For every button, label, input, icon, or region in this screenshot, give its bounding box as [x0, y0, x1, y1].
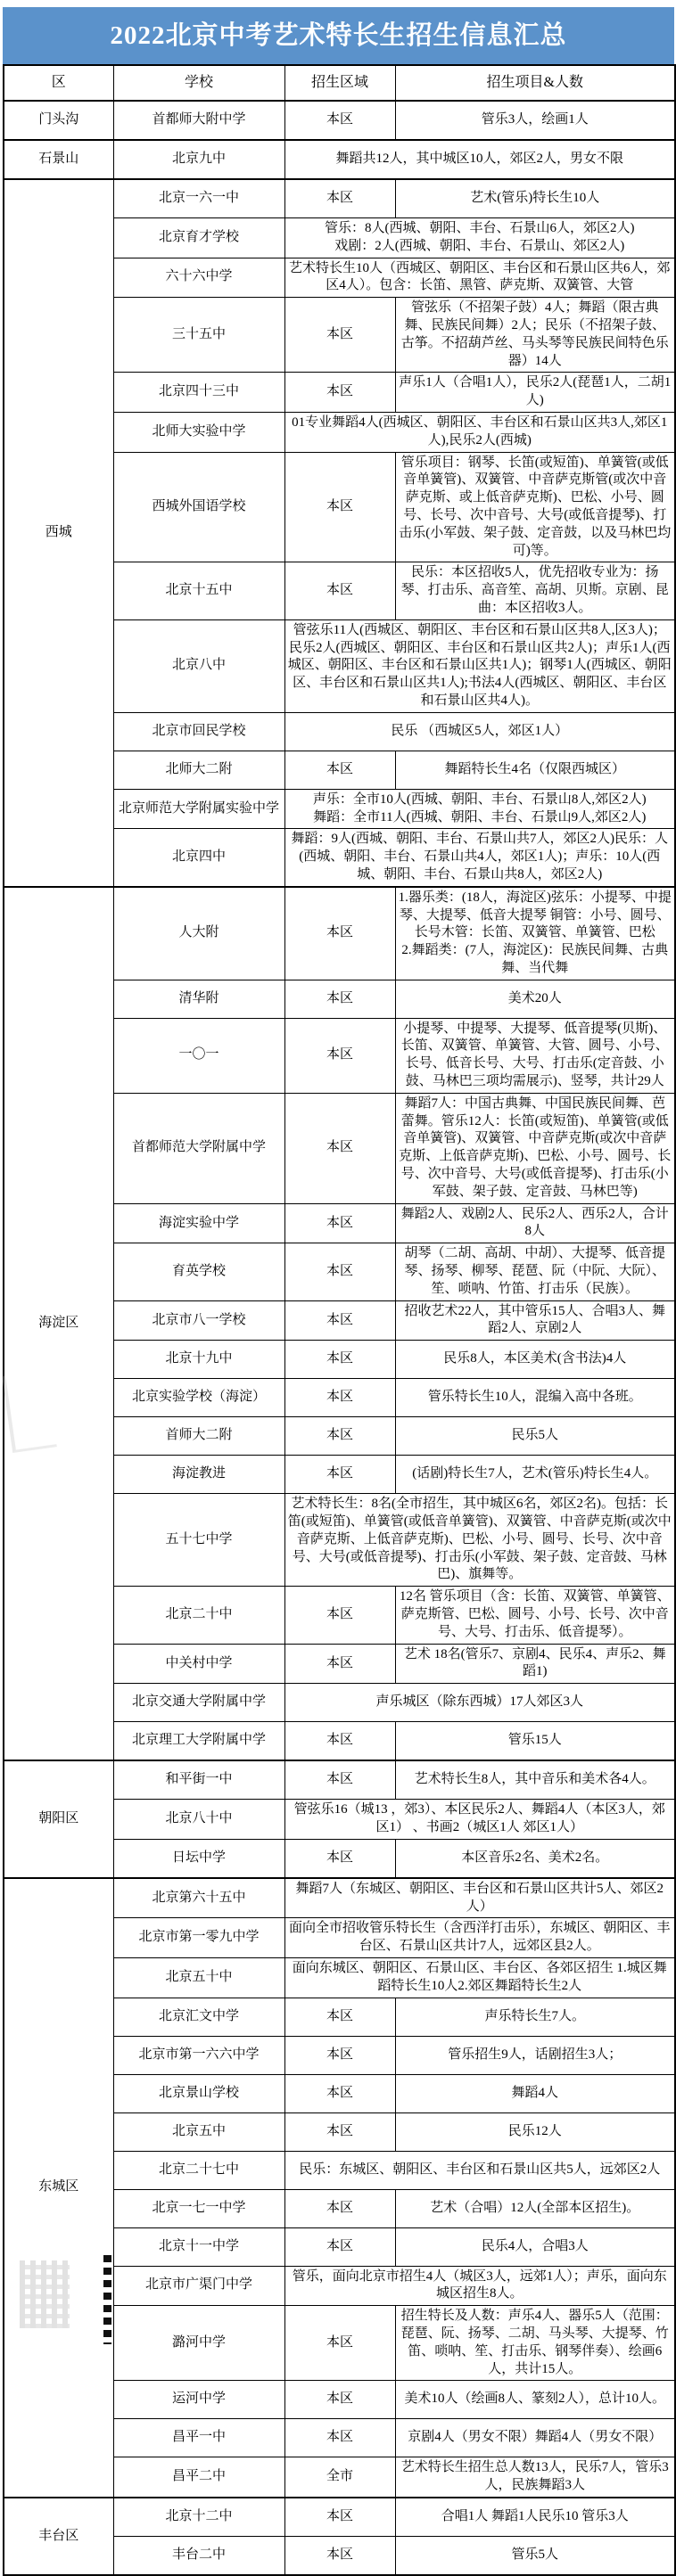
- school-cell: 北京第六十五中: [113, 1878, 284, 1918]
- school-cell: 北京理工大学附属中学: [113, 1722, 284, 1761]
- column-header: 招生区域: [284, 65, 395, 101]
- info-cell: 招生特长及人数：声乐4人、器乐5人（范围：琵琶、阮、扬琴、二胡、马头琴、大提琴、…: [395, 2306, 675, 2381]
- school-cell: 首都师范大学附属中学: [113, 1093, 284, 1203]
- school-cell: 昌平二中: [113, 2457, 284, 2498]
- school-cell: 北京八中: [113, 619, 284, 712]
- region-cell: 本区: [284, 751, 395, 789]
- school-cell: 育英学校: [113, 1243, 284, 1300]
- region-cell: 本区: [284, 1722, 395, 1761]
- school-cell: 北京十九中: [113, 1341, 284, 1379]
- school-cell: 西城外国语学校: [113, 452, 284, 562]
- region-cell: 本区: [284, 1243, 395, 1300]
- admissions-table: 区学校招生区域招生项目&人数门头沟首都师大附中学本区管乐3人，绘画1人石景山北京…: [3, 64, 676, 2576]
- region-cell: 本区: [284, 887, 395, 980]
- info-cell: 舞蹈2人、戏剧2人、民乐2人、西乐2人，合计8人: [395, 1203, 675, 1243]
- region-cell: 本区: [284, 2036, 395, 2074]
- table-row: 西城北京一六一中本区艺术(管乐)特长生10人: [4, 179, 675, 218]
- region-cell: 本区: [284, 1644, 395, 1684]
- column-header: 招生项目&人数: [395, 65, 675, 101]
- info-cell: 管乐15人: [395, 1722, 675, 1761]
- info-cell: 艺术特长生8人，其中音乐和美术各4人。: [395, 1760, 675, 1800]
- region-cell: 本区: [284, 562, 395, 619]
- info-cell: 艺术 18名(管乐7、京剧4、民乐4、声乐2、舞蹈1): [395, 1644, 675, 1684]
- school-cell: 潞河中学: [113, 2306, 284, 2381]
- region-cell: 本区: [284, 2536, 395, 2575]
- info-cell: 管乐特长生10人，混编入高中各班。: [395, 1379, 675, 1417]
- region-cell: 本区: [284, 2381, 395, 2419]
- info-cell: 招收艺术22人，其中管乐15人、合唱3人、舞蹈2人、京剧2人: [395, 1300, 675, 1341]
- info-cell: 民乐5人: [395, 1417, 675, 1456]
- table-row: 石景山北京九中舞蹈共12人，其中城区10人，郊区2人，男女不限: [4, 140, 675, 179]
- district-cell: 朝阳区: [4, 1760, 113, 1878]
- table-row: 门头沟首都师大附中学本区管乐3人，绘画1人: [4, 101, 675, 140]
- region-cell: 本区: [284, 2189, 395, 2227]
- region-cell: 本区: [284, 1379, 395, 1417]
- watermark-dash-bar: [103, 2255, 111, 2344]
- region-cell: 本区: [284, 1839, 395, 1878]
- admissions-table-body: 区学校招生区域招生项目&人数门头沟首都师大附中学本区管乐3人，绘画1人石景山北京…: [4, 65, 675, 2575]
- table-header-row: 区学校招生区域招生项目&人数: [4, 65, 675, 101]
- school-cell: 北京二十中: [113, 1587, 284, 1644]
- region-cell: 本区: [284, 452, 395, 562]
- school-cell: 北京五十中: [113, 1957, 284, 1998]
- region-cell: 本区: [284, 1587, 395, 1644]
- region-cell: 本区: [284, 1018, 395, 1093]
- school-cell: 北京交通大学附属中学: [113, 1684, 284, 1722]
- school-cell: 一〇一: [113, 1018, 284, 1093]
- info-cell: 声乐特长生7人。: [395, 1998, 675, 2036]
- school-cell: 五十七中学: [113, 1494, 284, 1587]
- region-cell: 本区: [284, 1203, 395, 1243]
- region-cell: 本区: [284, 2419, 395, 2457]
- table-row: 朝阳区和平街一中本区艺术特长生8人，其中音乐和美术各4人。: [4, 1760, 675, 1800]
- info-cell: 美术20人: [395, 980, 675, 1018]
- region-cell: 本区: [284, 373, 395, 413]
- region-cell: 本区: [284, 1456, 395, 1494]
- school-cell: 清华附: [113, 980, 284, 1018]
- column-header: 区: [4, 65, 113, 101]
- region-cell: 本区: [284, 2112, 395, 2151]
- district-cell: 西城: [4, 179, 113, 887]
- info-cell: 艺术特长生招生总人数13人，民乐7人，管乐3人，民族舞蹈3人: [395, 2457, 675, 2498]
- region-cell: 全市: [284, 2457, 395, 2498]
- info-cell-merged: 管乐，面向北京市招生4人（城区3人，远郊1人）；声乐，面向东城区招生8人。: [284, 2266, 675, 2306]
- info-cell: 京剧4人（男女不限）舞蹈4人（男女不限）: [395, 2419, 675, 2457]
- info-cell: 管乐招生9人，话剧招生3人；: [395, 2036, 675, 2074]
- region-cell: 本区: [284, 2074, 395, 2112]
- info-cell-merged: 舞蹈7人（东城区、朝阳区、丰台区和石景山区共计5人、郊区2人）: [284, 1878, 675, 1918]
- page-title: 2022北京中考艺术特长生招生信息汇总: [3, 7, 674, 64]
- info-cell: 合唱1人 舞蹈1人民乐10 管乐3人: [395, 2498, 675, 2537]
- region-cell: 本区: [284, 1300, 395, 1341]
- school-cell: 北京市广渠门中学: [113, 2266, 284, 2306]
- info-cell-merged: 声乐城区（除东西城）17人郊区3人: [284, 1684, 675, 1722]
- table-row: 东城区北京第六十五中舞蹈7人（东城区、朝阳区、丰台区和石景山区共计5人、郊区2人…: [4, 1878, 675, 1918]
- info-cell-merged: 民乐：东城区、朝阳区、丰台区和石景山区共5人，远郊区2人: [284, 2151, 675, 2189]
- info-cell: 舞蹈4人: [395, 2074, 675, 2112]
- region-cell: 本区: [284, 101, 395, 140]
- school-cell: 首师大二附: [113, 1417, 284, 1456]
- info-cell-merged: 管弦乐11人(西城区、朝阳区、丰台区和石景山区共8人,区3人)； 民乐2人(西城…: [284, 619, 675, 712]
- info-cell-merged: 舞蹈共12人，其中城区10人，郊区2人，男女不限: [284, 140, 675, 179]
- school-cell: 海淀教进: [113, 1456, 284, 1494]
- table-row: 丰台区北京十二中本区合唱1人 舞蹈1人民乐10 管乐3人: [4, 2498, 675, 2537]
- table-row: 海淀区人大附本区1.器乐类：(18人，海淀区)弦乐：小提琴、中提琴、大提琴、低音…: [4, 887, 675, 980]
- info-cell: 声乐1人（合唱1人），民乐2人(琵琶1人，二胡1人): [395, 373, 675, 413]
- info-cell: 12名 管乐项目（含：长笛、双簧管、单簧管、萨克斯管、巴松、圆号、小号、长号、次…: [395, 1587, 675, 1644]
- info-cell: 舞蹈7人：中国古典舞、中国民族民间舞、芭蕾舞。管乐12人：长笛(或短笛)、单簧管…: [395, 1093, 675, 1203]
- school-cell: 海淀实验中学: [113, 1203, 284, 1243]
- district-cell: 石景山: [4, 140, 113, 179]
- info-cell: 小提琴、中提琴、大提琴、低音提琴(贝斯)、长笛、双簧管、单簧管、大管、圆号、小号…: [395, 1018, 675, 1093]
- info-cell: 胡琴（二胡、高胡、中胡）、大提琴、低音提琴、扬琴、柳琴、琵琶、阮（中阮、大阮）、…: [395, 1243, 675, 1300]
- region-cell: 本区: [284, 179, 395, 218]
- info-cell-merged: 民乐 （西城区5人，郊区1人）: [284, 712, 675, 751]
- info-cell-merged: 舞蹈：9人(西城、朝阳、丰台、石景山共7人，郊区2人)民乐：人(西城、朝阳、丰台…: [284, 829, 675, 887]
- info-cell: 艺术(管乐)特长生10人: [395, 179, 675, 218]
- info-cell: 民乐8人，本区美术(含书法)4人: [395, 1341, 675, 1379]
- region-cell: 本区: [284, 1093, 395, 1203]
- info-cell-merged: 艺术特长生：8名(全市招生，其中城区6名，郊区2名)。包括：长笛(或短笛)、单簧…: [284, 1494, 675, 1587]
- district-cell: 海淀区: [4, 887, 113, 1761]
- region-cell: 本区: [284, 1341, 395, 1379]
- school-cell: 北京市第一零九中学: [113, 1918, 284, 1958]
- info-cell: 管乐5人: [395, 2536, 675, 2575]
- info-cell: 艺术（合唱）12人(全部本区招生)。: [395, 2189, 675, 2227]
- info-cell: 管乐项目：钢琴、长笛(或短笛)、单簧管(或低音单簧管)、双簧管、中音萨克斯管(或…: [395, 452, 675, 562]
- region-cell: 本区: [284, 1998, 395, 2036]
- school-cell: 丰台二中: [113, 2536, 284, 2575]
- school-cell: 运河中学: [113, 2381, 284, 2419]
- region-cell: 本区: [284, 2227, 395, 2266]
- school-cell: 昌平一中: [113, 2419, 284, 2457]
- school-cell: 首都师大附中学: [113, 101, 284, 140]
- region-cell: 本区: [284, 1760, 395, 1800]
- district-cell: 东城区: [4, 1878, 113, 2498]
- school-cell: 和平街一中: [113, 1760, 284, 1800]
- school-cell: 北京汇文中学: [113, 1998, 284, 2036]
- info-cell: (话剧)特长生7人，艺术(管乐)特长生4人。: [395, 1456, 675, 1494]
- school-cell: 北京一七一中学: [113, 2189, 284, 2227]
- info-cell: 美术10人（绘画8人、篆刻2人），总计10人。: [395, 2381, 675, 2419]
- info-cell-merged: 01专业舞蹈4人(西城区、朝阳区、丰台区和石景山区共3人,郊区1人),民乐2人(…: [284, 412, 675, 452]
- page: 2022北京中考艺术特长生招生信息汇总 区学校招生区域招生项目&人数门头沟首都师…: [0, 7, 676, 2576]
- school-cell: 中关村中学: [113, 1644, 284, 1684]
- school-cell: 北京八十中: [113, 1800, 284, 1840]
- school-cell: 人大附: [113, 887, 284, 980]
- region-cell: 本区: [284, 2306, 395, 2381]
- info-cell-merged: 管弦乐16（城13 ，郊3）、本区民乐2人、舞蹈4人（本区3人，郊区1） 、书画…: [284, 1800, 675, 1840]
- school-cell: 北京市回民学校: [113, 712, 284, 751]
- info-cell-merged: 管乐：8人(西城、朝阳、丰台、石景山6人，郊区2人) 戏剧：2人(西城、朝阳、丰…: [284, 218, 675, 258]
- school-cell: 北京二十七中: [113, 2151, 284, 2189]
- school-cell: 北京师范大学附属实验中学: [113, 789, 284, 829]
- region-cell: 本区: [284, 980, 395, 1018]
- school-cell: 北京十一中学: [113, 2227, 284, 2266]
- school-cell: 北师大实验中学: [113, 412, 284, 452]
- school-cell: 北京五中: [113, 2112, 284, 2151]
- column-header: 学校: [113, 65, 284, 101]
- school-cell: 北京一六一中: [113, 179, 284, 218]
- info-cell: 1.器乐类：(18人，海淀区)弦乐：小提琴、中提琴、大提琴、低音大提琴 铜管：小…: [395, 887, 675, 980]
- school-cell: 北师大二附: [113, 751, 284, 789]
- school-cell: 北京实验学校（海淀）: [113, 1379, 284, 1417]
- info-cell: 管乐3人，绘画1人: [395, 101, 675, 140]
- school-cell: 北京四十三中: [113, 373, 284, 413]
- info-cell-merged: 艺术特长生10人（西城区、朝阳区、丰台区和石景山区共6人，郊区4人）。包含：长笛…: [284, 258, 675, 298]
- school-cell: 北京市八一学校: [113, 1300, 284, 1341]
- school-cell: 六十六中学: [113, 258, 284, 298]
- school-cell: 三十五中: [113, 298, 284, 373]
- school-cell: 日坛中学: [113, 1839, 284, 1878]
- info-cell-merged: 声乐：全市10人(西城、朝阳、丰台、石景山8人,郊区2人) 舞蹈：全市11人(西…: [284, 789, 675, 829]
- region-cell: 本区: [284, 2498, 395, 2537]
- info-cell: 管弦乐（不招架子鼓）4人；舞蹈（限古典舞、民族民间舞）2人；民乐（不招架子鼓、古…: [395, 298, 675, 373]
- info-cell: 本区音乐2名、美术2名。: [395, 1839, 675, 1878]
- watermark-qr-artifact: [20, 2260, 70, 2328]
- school-cell: 北京十五中: [113, 562, 284, 619]
- region-cell: 本区: [284, 298, 395, 373]
- school-cell: 北京育才学校: [113, 218, 284, 258]
- region-cell: 本区: [284, 1417, 395, 1456]
- district-cell: 丰台区: [4, 2498, 113, 2575]
- info-cell-merged: 面向东城区、朝阳区、石景山区、丰台区、各郊区招生 1.城区舞蹈特长生10人2.郊…: [284, 1957, 675, 1998]
- school-cell: 北京景山学校: [113, 2074, 284, 2112]
- school-cell: 北京市第一六六中学: [113, 2036, 284, 2074]
- info-cell: 民乐12人: [395, 2112, 675, 2151]
- school-cell: 北京九中: [113, 140, 284, 179]
- info-cell: 民乐：本区招收5人，优先招收专业为：扬琴、打击乐、高音笙、高胡、贝斯。京剧、昆曲…: [395, 562, 675, 619]
- info-cell: 舞蹈特长生4名（仅限西城区）: [395, 751, 675, 789]
- school-cell: 北京四中: [113, 829, 284, 887]
- info-cell-merged: 面向全市招收管乐特长生（含西洋打击乐），东城区、朝阳区、丰台区、石景山区共计7人…: [284, 1918, 675, 1958]
- district-cell: 门头沟: [4, 101, 113, 140]
- school-cell: 北京十二中: [113, 2498, 284, 2537]
- info-cell: 民乐4人，合唱3人: [395, 2227, 675, 2266]
